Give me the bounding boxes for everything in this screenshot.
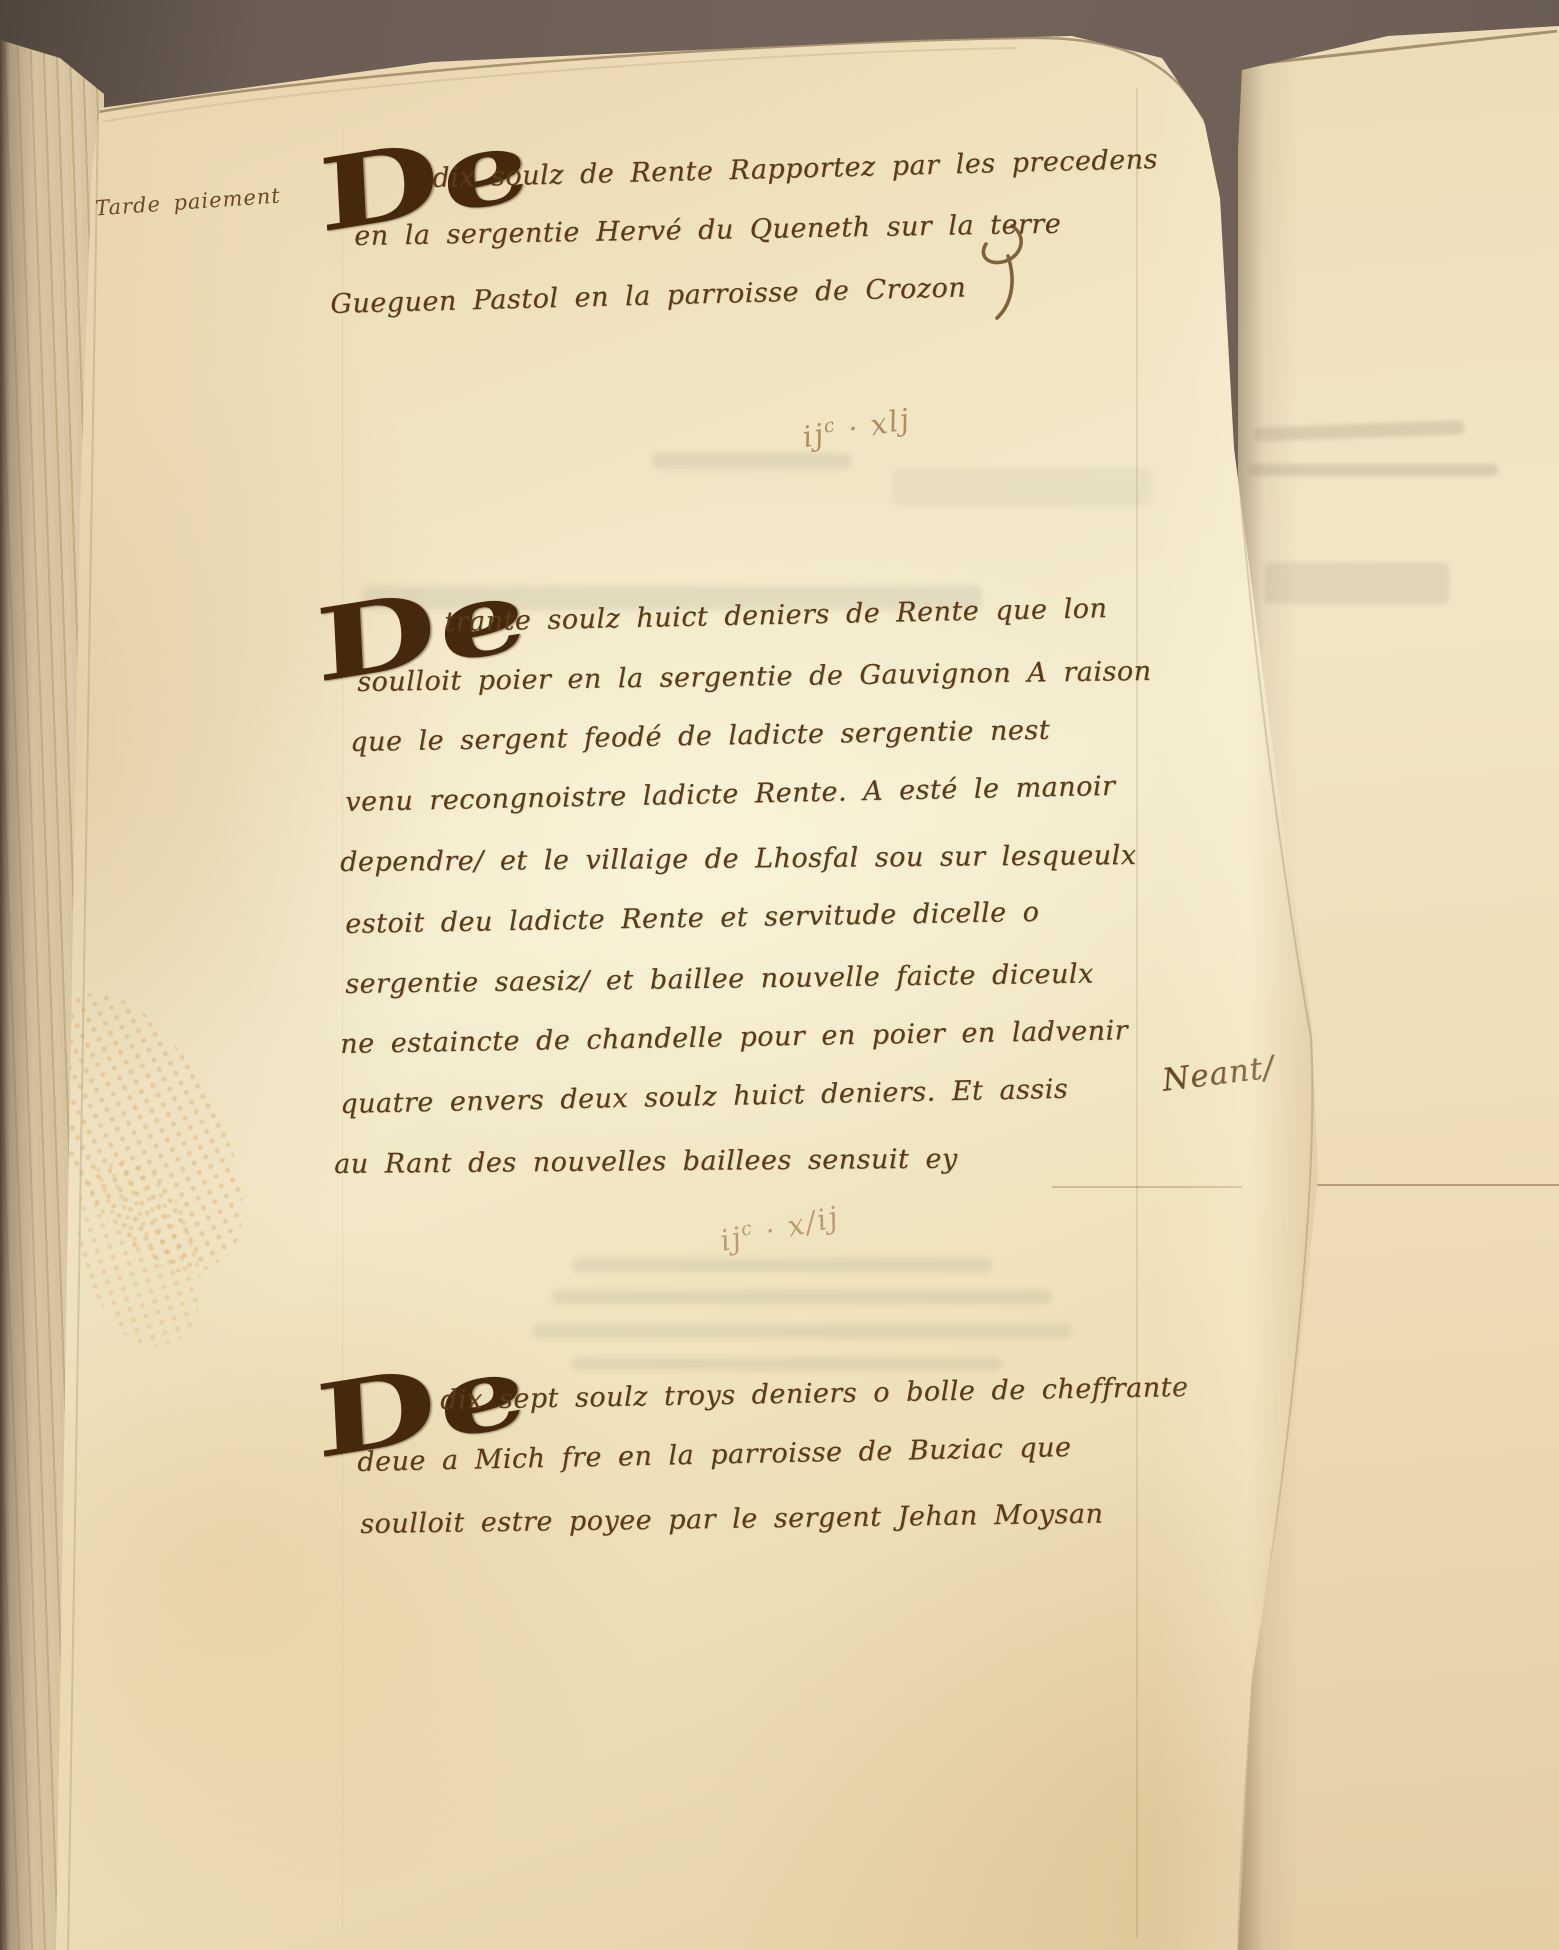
manuscript-line: dix sept soulz troys deniers o bolle de … — [440, 1373, 1189, 1416]
folio-numeral-rest: · x/ij — [762, 1199, 842, 1248]
showthrough-band — [532, 1324, 1072, 1338]
manuscript-line: dix soulz de Rente Rapportez par les pre… — [432, 145, 1158, 194]
photo-backdrop: Tarde paiement De dix soulz de Rente Rap… — [0, 0, 1559, 1950]
ruling-line-right — [1136, 88, 1138, 1938]
folio-numeral-rest: · xlj — [846, 402, 914, 446]
manuscript-line: au Rant des nouvelles baillees sensuit e… — [334, 1145, 958, 1180]
showthrough-mark — [1248, 464, 1498, 476]
manuscript-line: sergentie saesiz/ et baillee nouvelle fa… — [345, 960, 1094, 1000]
manuscript-line: Gueguen Pastol en la parroisse de Crozon — [330, 273, 967, 319]
showthrough-mark — [1264, 562, 1449, 604]
folio-numeral-sup: c — [822, 414, 838, 438]
showthrough-band — [552, 1290, 1052, 1304]
margin-note-tarde-paiement: Tarde paiement — [94, 184, 281, 221]
folio-numeral-sup: c — [739, 1217, 756, 1241]
page-crease-line — [1052, 1186, 1242, 1188]
manuscript-line: que le sergent feodé de ladicte sergenti… — [350, 716, 1050, 758]
showthrough-band — [572, 1358, 1002, 1370]
showthrough-band — [572, 1258, 992, 1272]
margin-answer-neant: Neant/ — [1160, 1049, 1276, 1098]
folio-numeral: ijc · xlj — [800, 401, 914, 454]
manuscript-line: quatre envers deux soulz huict deniers. … — [340, 1075, 1069, 1120]
showthrough-band — [652, 453, 852, 469]
manuscript-line: dependre/ et le villaige de Lhosfal sou … — [340, 841, 1137, 878]
showthrough-band — [892, 468, 1152, 506]
folio-numeral: ijc · x/ij — [717, 1199, 843, 1258]
manuscript-line: ne estaincte de chandelle pour en poier … — [340, 1016, 1128, 1059]
manuscript-line: estoit deu ladicte Rente et servitude di… — [345, 898, 1040, 940]
manuscript-page: Tarde paiement De dix soulz de Rente Rap… — [12, 28, 1342, 1950]
manuscript-line: soulloit estre poyee par le sergent Jeha… — [360, 1500, 1104, 1540]
manuscript-line: venu recongnoistre ladicte Rente. A esté… — [345, 772, 1116, 818]
